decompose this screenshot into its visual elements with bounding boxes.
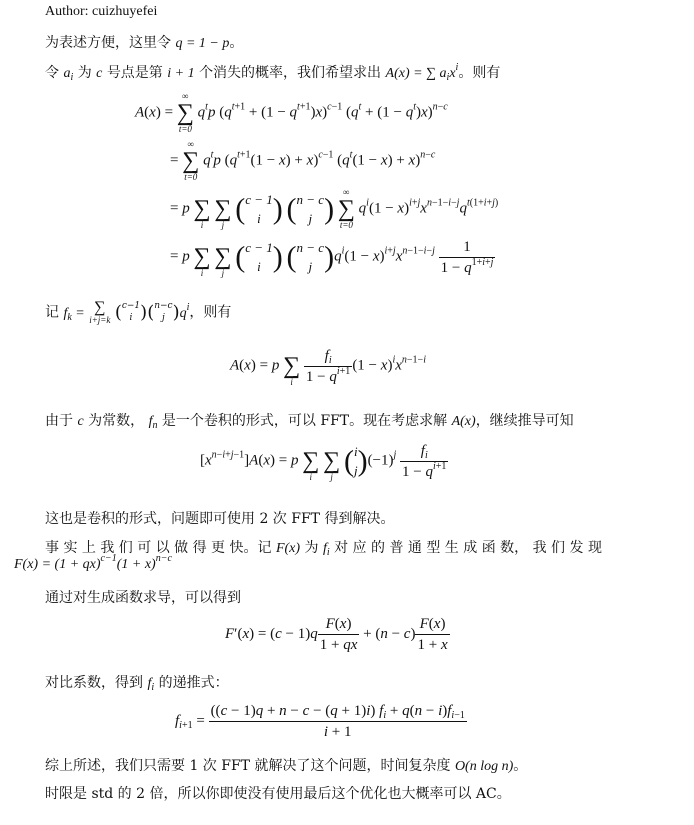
paragraph-ai-definition: 令 ai 为 c 号点是第 i + 1 个消失的概率，我们希望求出 A(x) =… <box>45 62 500 82</box>
paragraph-two-fft: 这也是卷积的形式，问题即可使用 2 次 FFT 得到解决。 <box>45 508 394 528</box>
sum-operator: ∞∑t=0 <box>182 140 199 182</box>
paragraph-fk-definition: 记 fk = ∑i+j=k (c−1i)(n−cj)qi，则有 <box>45 300 231 325</box>
math-c: c <box>96 66 102 81</box>
author-line: Author: cuizhuyefei <box>45 4 157 20</box>
equation-Ax-row1: A(x) = ∞∑t=0 qtp (qt+1 + (1 − qt+1)x)c−1… <box>135 92 448 134</box>
math-i-plus-1: i + 1 <box>167 66 194 81</box>
equation-Ax-row4: = p ∑i ∑j (c − 1i) (n − cj)qi(1 − x)i+jx… <box>170 236 495 278</box>
equation-Ax-row3: = p ∑i ∑j (c − 1i) (n − cj) ∞∑t=0 qi(1 −… <box>170 188 498 230</box>
paragraph-derivative: 通过对生成函数求导，可以得到 <box>45 587 241 607</box>
sum-operator: ∞∑t=0 <box>177 92 194 134</box>
binomial: (c − 1i) <box>235 190 283 229</box>
text: 号点是第 <box>107 65 163 81</box>
binomial: (n − cj) <box>287 190 335 229</box>
text: 。 <box>229 35 243 51</box>
paragraph-time-limit: 时限是 std 的 2 倍，所以你即使没有使用最后这个优化也大概率可以 AC。 <box>45 783 511 803</box>
text: ，则有 <box>189 305 231 321</box>
text: 个消失的概率，我们希望求出 <box>199 65 381 81</box>
text: 为 <box>78 65 92 81</box>
text: 令 <box>45 65 59 81</box>
equation-F-derivative: F′(x) = (c − 1)qF(x)1 + qx + (n − c)F(x)… <box>225 615 450 654</box>
paragraph-recurrence-intro: 对比系数，得到 fi 的递推式： <box>45 672 229 692</box>
math-fk: fk = <box>63 306 84 321</box>
math-F-closed-form: F(x) = (1 + qx)c−1(1 + x)n−c <box>14 557 172 573</box>
equation-recurrence: fi+1 = ((c − 1)q + n − c − (q + 1)i) fi … <box>175 702 467 741</box>
math-ai: ai <box>63 66 73 81</box>
text: 。则有 <box>458 65 500 81</box>
paragraph-q-definition: 为表述方便，这里令 q = 1 − p。 <box>45 32 243 52</box>
paragraph-fft-note: 由于 c 为常数， fn 是一个卷积的形式，可以 FFT。现在考虑求解 A(x)… <box>45 410 574 430</box>
text: 记 <box>45 305 59 321</box>
math-q-eq: q = 1 − p <box>175 36 229 51</box>
fraction: 11 − q1+i+j <box>439 238 496 277</box>
paragraph-faster: 事 实 上 我 们 可 以 做 得 更 快。记 F(x) 为 fi 对 应 的 … <box>45 537 602 557</box>
equation-Ax-fi: A(x) = p ∑i fi1 − qi+1(1 − x)ixn−1−i <box>230 345 426 387</box>
equation-Ax-row2: = ∞∑t=0 qtp (qt+1(1 − x) + x)c−1 (qt(1 −… <box>170 140 435 182</box>
paragraph-summary: 综上所述，我们只需要 1 次 FFT 就解决了这个问题，时间复杂度 O(n lo… <box>45 755 527 775</box>
text: 为表述方便，这里令 <box>45 35 171 51</box>
math-Ax-def: A(x) = ∑ aixi <box>386 66 459 81</box>
equation-coefficient: [xn−i+j−1]A(x) = p ∑i ∑j (ij)(−1)j fi1 −… <box>200 440 448 482</box>
